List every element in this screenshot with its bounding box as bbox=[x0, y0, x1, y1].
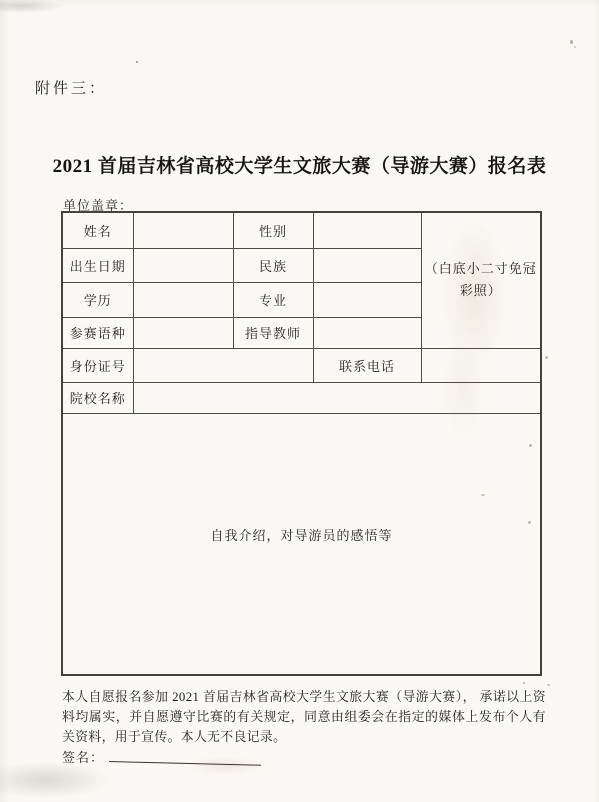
attachment-label: 附件三： bbox=[35, 77, 107, 98]
scan-speck bbox=[545, 356, 548, 359]
self-introduction-note: 自我介绍，对导游员的感悟等 bbox=[210, 525, 392, 544]
id-number-label-cell: 身份证号 bbox=[62, 348, 133, 382]
scan-speck bbox=[574, 46, 576, 48]
ethnic-value-cell bbox=[313, 248, 421, 282]
major-label-cell: 专业 bbox=[233, 282, 313, 317]
birth-label-cell: 出生日期 bbox=[62, 248, 133, 282]
table-row: 自我介绍，对导游员的感悟等 bbox=[62, 413, 541, 675]
major-value-cell bbox=[313, 282, 421, 317]
scan-speck bbox=[136, 61, 138, 63]
name-label-cell: 姓名 bbox=[62, 212, 133, 248]
photo-note-line2: 彩照） bbox=[422, 280, 541, 303]
table-row: 身份证号 联系电话 bbox=[62, 348, 541, 382]
scan-speck bbox=[529, 444, 532, 447]
phone-label-cell: 联系电话 bbox=[313, 348, 421, 382]
teacher-value-cell bbox=[313, 317, 421, 348]
language-label-cell: 参赛语种 bbox=[62, 317, 133, 348]
scan-speck bbox=[528, 521, 531, 524]
name-value-cell bbox=[133, 212, 233, 248]
form-title: 2021 首届吉林省高校大学生文旅大赛（导游大赛）报名表 bbox=[0, 151, 599, 178]
gender-value-cell bbox=[313, 212, 421, 248]
table-row: 院校名称 bbox=[62, 382, 541, 413]
phone-value-cell bbox=[421, 348, 541, 382]
education-value-cell bbox=[133, 282, 233, 317]
scan-speck bbox=[523, 682, 525, 684]
teacher-label-cell: 指导教师 bbox=[233, 317, 313, 348]
self-introduction-cell: 自我介绍，对导游员的感悟等 bbox=[62, 413, 541, 675]
scan-speck bbox=[481, 494, 485, 496]
registration-table: 姓名 性别 （白底小二寸免冠 彩照） 出生日期 民族 学历 专业 参赛语种 指导… bbox=[61, 211, 542, 676]
photo-note-line1: （白底小二寸免冠 bbox=[422, 258, 541, 281]
signature-row: 签名： bbox=[62, 747, 261, 766]
gender-label-cell: 性别 bbox=[233, 212, 313, 248]
language-value-cell bbox=[133, 317, 233, 348]
signature-label: 签名： bbox=[62, 750, 104, 765]
photo-cell: （白底小二寸免冠 彩照） bbox=[421, 212, 541, 348]
school-label-cell: 院校名称 bbox=[62, 382, 133, 413]
id-number-value-cell bbox=[133, 348, 313, 382]
table-row: 姓名 性别 （白底小二寸免冠 彩照） bbox=[62, 212, 541, 248]
scan-speck bbox=[547, 684, 550, 686]
birth-value-cell bbox=[133, 248, 233, 282]
ethnic-label-cell: 民族 bbox=[233, 248, 313, 282]
school-value-cell bbox=[133, 382, 541, 413]
declaration-text: 本人自愿报名参加 2021 首届吉林省高校大学生文旅大赛（导游大赛）， 承诺以上… bbox=[62, 687, 546, 747]
education-label-cell: 学历 bbox=[62, 282, 133, 317]
signature-line bbox=[109, 749, 261, 766]
scanned-form-page: 附件三： 2021 首届吉林省高校大学生文旅大赛（导游大赛）报名表 单位盖章： … bbox=[0, 0, 599, 802]
scan-speck bbox=[570, 40, 573, 44]
